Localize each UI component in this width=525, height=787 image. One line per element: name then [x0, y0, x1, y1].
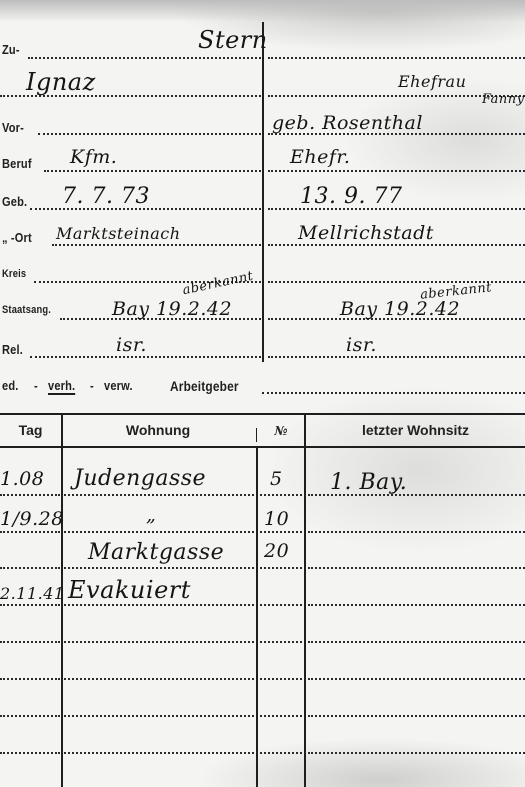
line-vor-left — [38, 133, 261, 135]
cell-residence: „ — [146, 504, 156, 526]
occupation-value: Kfm. — [70, 146, 117, 168]
spouse-birth-place: Mellrichstadt — [298, 222, 434, 244]
label-born-place: „ -Ort — [2, 230, 32, 245]
column-divider — [262, 22, 264, 362]
cell-number: 10 — [264, 508, 289, 530]
header-number: № — [258, 424, 304, 438]
status-separator: - — [34, 378, 38, 393]
line-surname-right — [268, 57, 525, 59]
label-given: Vor- — [2, 120, 24, 135]
line-surname-left — [28, 57, 261, 59]
line-place-right — [268, 244, 525, 246]
label-status-widowed: verw. — [104, 378, 133, 393]
spouse-maiden-name: geb. Rosenthal — [272, 112, 423, 134]
label-occupation: Beruf — [2, 156, 32, 171]
label-born: Geb. — [2, 194, 27, 209]
religion-value: isr. — [116, 334, 147, 356]
cell-last-residence: 1. Bay. — [330, 470, 407, 495]
label-status-single: ed. — [2, 378, 18, 393]
table-header-border — [0, 446, 525, 448]
line-place-left — [52, 244, 261, 246]
label-religion: Rel. — [2, 342, 23, 357]
given-name-value: Ignaz — [26, 68, 96, 96]
spouse-occupation: Ehefr. — [290, 146, 350, 168]
surname-value: Stern — [198, 26, 268, 54]
line-occupation-left — [44, 170, 261, 172]
label-employer: Arbeitgeber — [170, 378, 239, 394]
label-surname: Zu- — [2, 42, 20, 57]
cell-day: 1.08 — [0, 468, 44, 490]
line-employer — [262, 392, 525, 394]
table-top-border — [0, 413, 525, 415]
spouse-given-name: Fanny — [482, 92, 524, 107]
birth-place-value: Marktsteinach — [56, 224, 181, 243]
cell-residence: Evakuiert — [68, 576, 191, 604]
label-citizenship: Staatsang. — [2, 304, 51, 316]
status-separator: - — [90, 378, 94, 393]
cell-number: 5 — [270, 468, 283, 490]
spouse-relation-note: Ehefrau — [398, 72, 466, 91]
label-district: Kreis — [2, 268, 26, 280]
header-last-residence: letzter Wohnsitz — [306, 422, 525, 438]
header-day: Tag — [0, 422, 61, 438]
spouse-religion: isr. — [346, 334, 377, 356]
cell-day: 2.11.41 — [0, 584, 65, 603]
label-status-married: verh. — [48, 378, 75, 395]
scan-shadow — [0, 0, 525, 22]
cell-residence: Marktgasse — [88, 540, 224, 565]
citizenship-value: Bay 19.2.42 — [112, 298, 232, 320]
cell-residence: Judengasse — [74, 466, 206, 491]
header-residence: Wohnung — [63, 422, 253, 438]
line-religion-left — [30, 356, 261, 358]
line-religion-right — [268, 356, 525, 358]
cell-number: 20 — [264, 540, 289, 562]
table-divider-last — [304, 414, 306, 787]
birth-date-value: 7. 7. 73 — [62, 184, 150, 209]
table-divider-number — [256, 447, 258, 787]
spouse-citizenship: Bay 19.2.42 — [340, 298, 460, 320]
cell-day: 1/9.28 — [0, 508, 64, 530]
spouse-birth-date: 13. 9. 77 — [300, 184, 402, 209]
line-occupation-right — [268, 170, 525, 172]
table-divider-number-hdr — [256, 428, 257, 442]
